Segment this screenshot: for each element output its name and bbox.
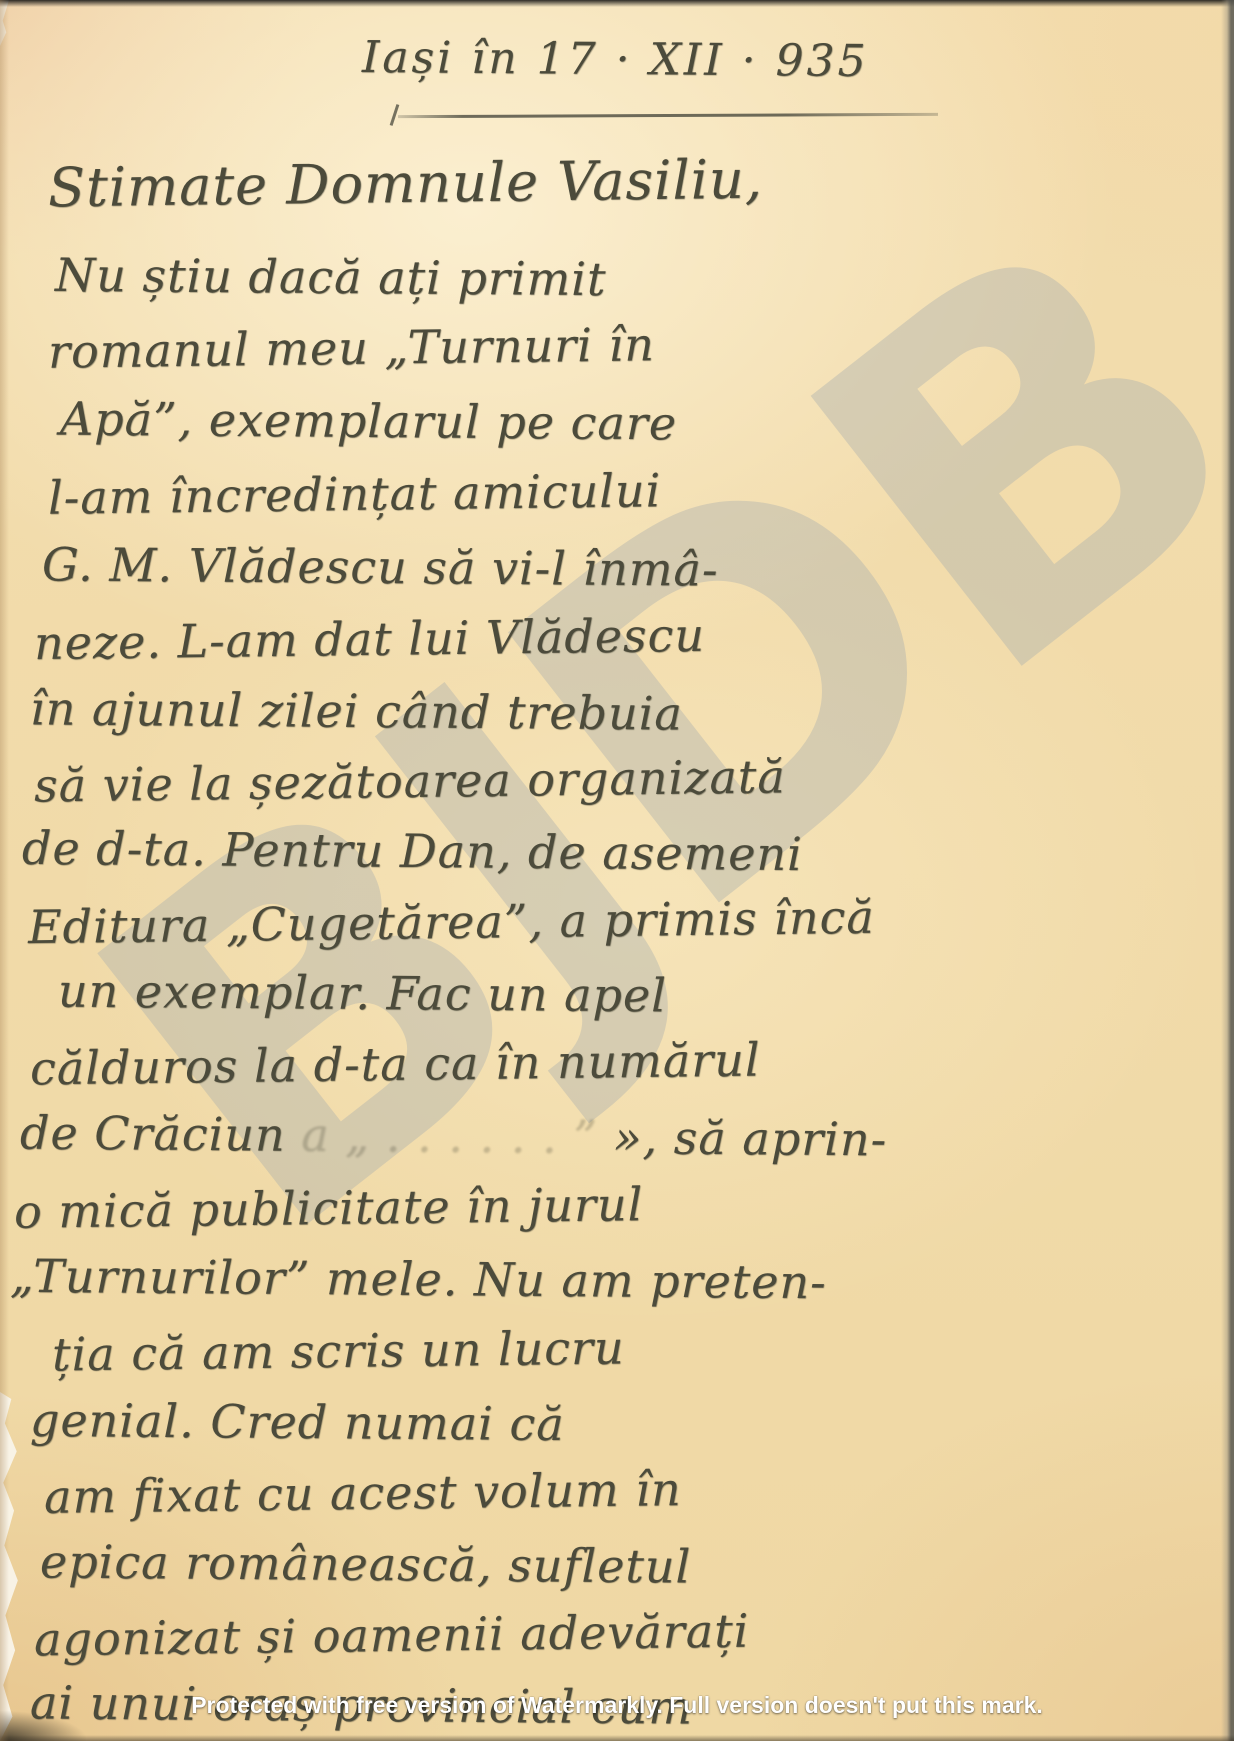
- letter-line: G. M. Vlădescu să vi-l înmâ-: [42, 537, 719, 596]
- letter-line: agonizat și oamenii adevărați: [34, 1604, 750, 1667]
- letter-line: Apă”, exemplarul pe care: [60, 392, 677, 451]
- watermarkly-caption: Protected with free version of Watermark…: [0, 1692, 1234, 1719]
- paper-edge-bottom: [0, 1735, 1234, 1741]
- paper-edge-right: [1221, 0, 1234, 1741]
- letter-line: Editura „Cugetărea”, a primis încă: [28, 890, 875, 954]
- letter-line: de d-ta. Pentru Dan, de asemeni: [22, 821, 803, 881]
- letter-line: ția că am scris un lucru: [52, 1321, 625, 1382]
- letter-line: l-am încredințat amicului: [48, 463, 662, 524]
- craciun-after: », să aprin-: [613, 1110, 887, 1166]
- letter-line: în ajunul zilei când trebuia: [30, 681, 683, 740]
- erased-text: a „ . . . . . . ”: [301, 1108, 614, 1164]
- letter-line: neze. L-am dat lui Vlădescu: [34, 608, 706, 670]
- letter-line: epica românească, sufletul: [40, 1534, 692, 1593]
- letter-line: romanul meu „Turnuri în: [48, 317, 655, 378]
- letter-line: călduros la d-ta ca în numărul: [30, 1033, 761, 1096]
- letter-line: un exemplar. Fac un apel: [58, 964, 667, 1023]
- letter-line-craciun: de Crăciun a „ . . . . . . ” », să aprin…: [20, 1106, 888, 1167]
- craciun-before: de Crăciun: [20, 1106, 302, 1162]
- letter-line: am fixat cu acest volum în: [44, 1462, 682, 1524]
- letter-line: să vie la șezătoarea organizată: [34, 749, 786, 812]
- letter-line: genial. Cred numai că: [30, 1393, 565, 1451]
- letter-line: „Turnurilor” mele. Nu am preten-: [10, 1249, 827, 1309]
- letter-line: o mică publicitate în jurul: [14, 1177, 644, 1239]
- salutation: Stimate Domnule Vasiliu,: [48, 148, 764, 220]
- paper-edge-top: [0, 0, 1234, 7]
- letter-line: Nu știu dacă ați primit: [55, 248, 607, 306]
- letter-scan: BJDB Iași în 17 · XII · 935 Stimate Domn…: [0, 0, 1234, 1741]
- paper-edge-left: [0, 0, 9, 1741]
- date-line: Iași în 17 · XII · 935: [362, 32, 869, 87]
- date-underline: [398, 113, 938, 118]
